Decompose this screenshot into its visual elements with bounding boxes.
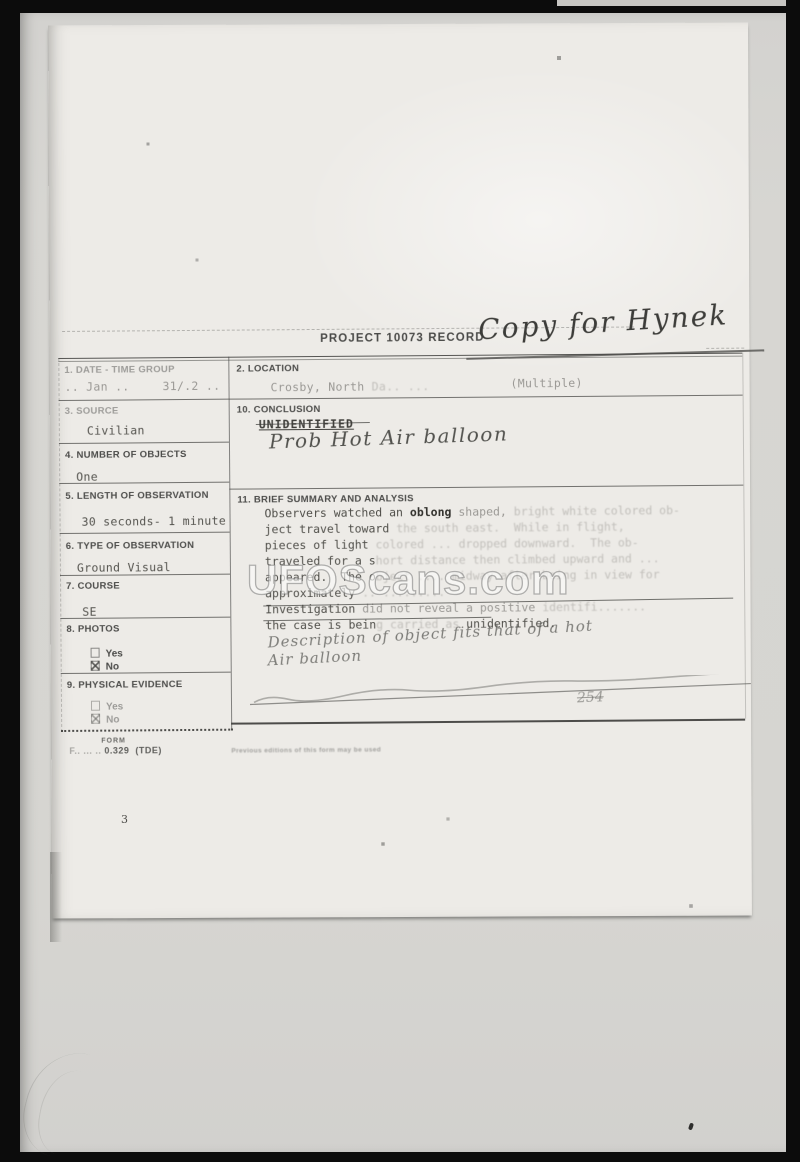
physical-evidence-no-checkbox-icon	[91, 714, 100, 724]
paper-specks	[0, 0, 2, 2]
row-divider	[229, 485, 743, 490]
row-divider	[229, 395, 743, 400]
ufoscans-watermark: UFOScans.com	[247, 556, 569, 604]
row-divider	[60, 574, 230, 576]
physical-evidence-yes-checkbox-icon	[91, 701, 100, 711]
sheet-edge-shadow	[50, 852, 62, 942]
field-course-label: 7. COURSE	[66, 581, 120, 592]
field-location-label: 2. LOCATION	[236, 363, 299, 374]
scan-border-notch	[557, 0, 786, 6]
field-location-multiple-note: (Multiple)	[510, 376, 582, 391]
scanned-document-page: 3 PROJECT 10073 RECORD Copy for Hynek 1.…	[0, 0, 800, 1162]
struck-note-number: 254	[577, 689, 604, 706]
project-record-form: PROJECT 10073 RECORD Copy for Hynek 1. D…	[58, 317, 746, 772]
row-divider	[59, 399, 229, 401]
handwritten-analysis-line2: Air balloon	[267, 647, 362, 670]
field-length-of-observation-value: 30 seconds- 1 minute	[82, 514, 227, 529]
physical-evidence-no-label: No	[106, 715, 119, 726]
table-column-divider	[228, 357, 232, 729]
table-top-border	[58, 353, 742, 362]
field-length-of-observation-label: 5. LENGTH OF OBSERVATION	[65, 490, 208, 502]
field-photos-label: 8. PHOTOS	[66, 624, 119, 635]
field-source-label: 3. SOURCE	[65, 406, 119, 417]
photos-no-option: No	[91, 661, 119, 673]
table-bottom-border-right	[231, 719, 745, 725]
field-date-time-group-day: .. Jan ..	[64, 379, 129, 394]
field-type-of-observation-value: Ground Visual	[77, 560, 171, 575]
field-physical-evidence-label: 9. PHYSICAL EVIDENCE	[67, 679, 183, 691]
field-date-time-group-time: 31/.2 ..	[162, 379, 220, 393]
field-number-of-objects-label: 4. NUMBER OF OBJECTS	[65, 449, 187, 461]
row-divider	[60, 532, 230, 534]
photos-no-checkbox-icon	[91, 661, 100, 671]
physical-evidence-yes-label: Yes	[106, 701, 123, 712]
field-date-time-group-label: 1. DATE - TIME GROUP	[64, 364, 174, 376]
field-course-value: SE	[82, 605, 97, 619]
field-location-value: Crosby, North Da.. ...	[270, 379, 429, 394]
pencil-page-mark: 3	[121, 813, 128, 826]
footer-editions-note: Previous editions of this form may be us…	[231, 746, 381, 754]
physical-evidence-no-option: No	[91, 714, 119, 726]
row-divider	[61, 672, 231, 674]
handwritten-underline-tail	[706, 348, 744, 349]
field-conclusion-label: 10. CONCLUSION	[237, 404, 321, 416]
photos-yes-option: Yes	[91, 648, 123, 660]
field-type-of-observation-label: 6. TYPE OF OBSERVATION	[66, 540, 195, 552]
photos-yes-checkbox-icon	[91, 648, 100, 658]
photos-yes-label: Yes	[106, 649, 123, 660]
form-title: PROJECT 10073 RECORD	[320, 332, 485, 345]
photos-no-label: No	[106, 662, 119, 673]
table-bottom-border-left	[61, 729, 233, 732]
row-divider	[59, 442, 229, 444]
footer-form-number: F.. ... .. 0.329 (TDE)	[69, 745, 162, 756]
struck-handwritten-note-illegible	[246, 674, 766, 712]
footer-form-word: FORM	[101, 737, 126, 744]
row-divider	[60, 617, 230, 619]
physical-evidence-yes-option: Yes	[91, 700, 123, 712]
row-divider	[59, 482, 229, 484]
field-source-value: Civilian	[87, 423, 145, 437]
